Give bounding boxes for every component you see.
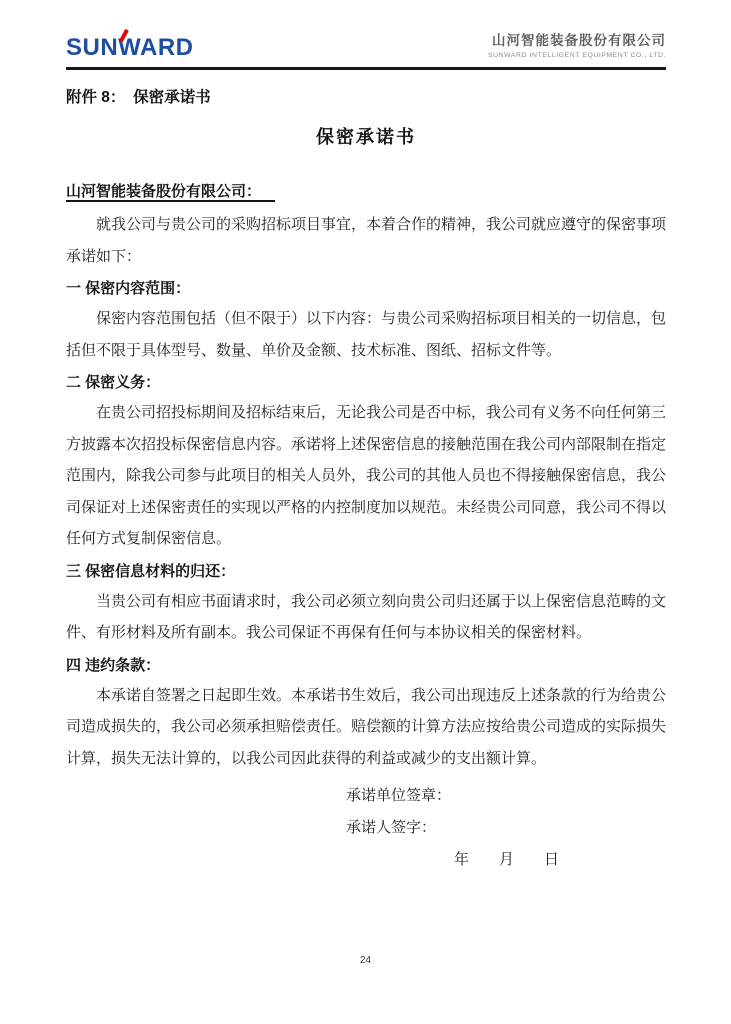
intro-paragraph: 就我公司与贵公司的采购招标项目事宜，本着合作的精神，我公司就应遵守的保密事项承诺… bbox=[66, 210, 666, 273]
section-4-body: 本承诺自签署之日起即生效。本承诺书生效后，我公司出现违反上述条款的行为给贵公司造… bbox=[66, 681, 666, 776]
letterhead: SUNWARD 山河智能装备股份有限公司 SUNWARD INTELLIGENT… bbox=[66, 28, 666, 70]
section-3-heading: 三 保密信息材料的归还： bbox=[66, 557, 666, 587]
sunward-logo-text: SUNWARD bbox=[66, 34, 194, 61]
section-3-body: 当贵公司有相应书面请求时，我公司必须立刻向贵公司归还属于以上保密信息范畴的文件、… bbox=[66, 587, 666, 650]
signature-unit-seal-label: 承诺单位签章： bbox=[66, 780, 666, 812]
section-2-body: 在贵公司招投标期间及招标结束后，无论我公司是否中标，我公司有义务不向任何第三方披… bbox=[66, 398, 666, 556]
section-1-heading: 一 保密内容范围： bbox=[66, 274, 666, 304]
letterhead-company-block: 山河智能装备股份有限公司 SUNWARD INTELLIGENT EQUIPME… bbox=[488, 33, 666, 60]
salutation-text: 山河智能装备股份有限公司： bbox=[66, 184, 275, 202]
salutation: 山河智能装备股份有限公司： bbox=[66, 180, 666, 201]
signature-signer-label: 承诺人签字： bbox=[66, 812, 666, 844]
section-1-body: 保密内容范围包括（但不限于）以下内容：与贵公司采购招标项目相关的一切信息，包括但… bbox=[66, 304, 666, 367]
company-name-cn: 山河智能装备股份有限公司 bbox=[488, 33, 666, 50]
section-2-heading: 二 保密义务： bbox=[66, 368, 666, 398]
sunward-logo: SUNWARD bbox=[66, 36, 194, 60]
attachment-heading: 附件 8： 保密承诺书 bbox=[66, 85, 666, 107]
signature-date-line: 年 月 日 bbox=[66, 844, 666, 876]
signature-block: 承诺单位签章： 承诺人签字： 年 月 日 bbox=[66, 780, 666, 876]
page-number: 24 bbox=[0, 955, 731, 966]
section-4-heading: 四 违约条款： bbox=[66, 651, 666, 681]
company-name-en: SUNWARD INTELLIGENT EQUIPMENT CO., LTD. bbox=[488, 52, 666, 60]
document-title: 保密承诺书 bbox=[66, 123, 666, 149]
document-page: SUNWARD 山河智能装备股份有限公司 SUNWARD INTELLIGENT… bbox=[0, 0, 731, 1024]
